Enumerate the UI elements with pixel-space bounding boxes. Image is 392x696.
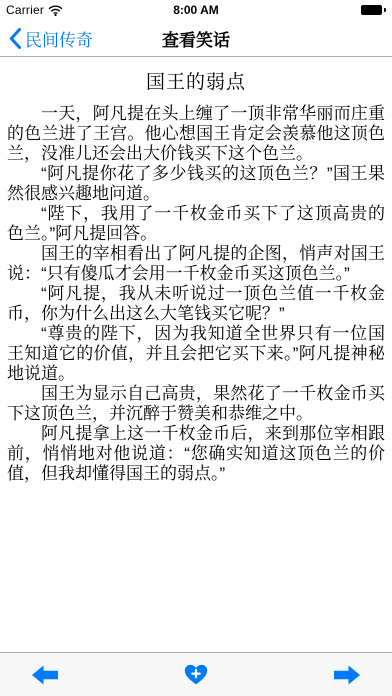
article-scroll-area[interactable]: 国王的弱点 一天，阿凡提在头上缠了一顶非常华丽而庄重的色兰进了王宫。他心想国王肯…	[0, 58, 392, 652]
article-paragraph: “阿凡提，我从未听说过一顶色兰值一千枚金币，你为什么出这么大笔钱买它呢？”	[7, 284, 385, 324]
next-arrow-icon	[334, 665, 360, 685]
status-right	[361, 5, 386, 15]
add-favorite-heart-plus-icon	[184, 664, 208, 685]
status-bar: Carrier 8:00 AM	[0, 0, 392, 20]
article-paragraph: 国王的宰相看出了阿凡提的企图，悄声对国王说：“只有傻瓜才会用一千枚金币买这顶色兰…	[7, 244, 385, 284]
article-body: 一天，阿凡提在头上缠了一顶非常华丽而庄重的色兰进了王宫。他心想国王肯定会羡慕他这…	[7, 104, 385, 484]
back-button[interactable]: 民间传奇	[0, 26, 101, 51]
chevron-left-icon	[9, 28, 21, 49]
article-paragraph: “陛下，我用了一千枚金币买下了这顶高贵的色兰。”阿凡提回答。	[7, 204, 385, 244]
app-window: Carrier 8:00 AM 查看笑话 民间	[0, 0, 392, 696]
article-paragraph: 一天，阿凡提在头上缠了一顶非常华丽而庄重的色兰进了王宫。他心想国王肯定会羡慕他这…	[7, 104, 385, 164]
navigation-bar: 查看笑话 民间传奇	[0, 20, 392, 57]
previous-arrow-icon	[32, 665, 58, 685]
previous-joke-button[interactable]	[28, 661, 62, 689]
clock: 8:00 AM	[0, 3, 392, 17]
article-title: 国王的弱点	[7, 67, 385, 94]
battery-full-icon	[361, 5, 382, 15]
article-paragraph: 阿凡提拿上这一千枚金币后，来到那位宰相跟前，悄悄地对他说道：“您确实知道这顶色兰…	[7, 424, 385, 484]
back-button-label: 民间传奇	[25, 26, 93, 51]
article-paragraph: “阿凡提你花了多少钱买的这顶色兰？”国王果然很感兴趣地问道。	[7, 164, 385, 204]
article-paragraph: 国王为显示自己高贵，果然花了一千枚金币买下这顶色兰，并沉醉于赞美和恭维之中。	[7, 384, 385, 424]
next-joke-button[interactable]	[330, 661, 364, 689]
add-favorite-button[interactable]	[180, 660, 212, 689]
bottom-toolbar	[0, 652, 392, 696]
battery-tip	[384, 8, 386, 12]
article-paragraph: “尊贵的陛下，因为我知道全世界只有一位国王知道它的价值，并且会把它买下来。”阿凡…	[7, 324, 385, 384]
